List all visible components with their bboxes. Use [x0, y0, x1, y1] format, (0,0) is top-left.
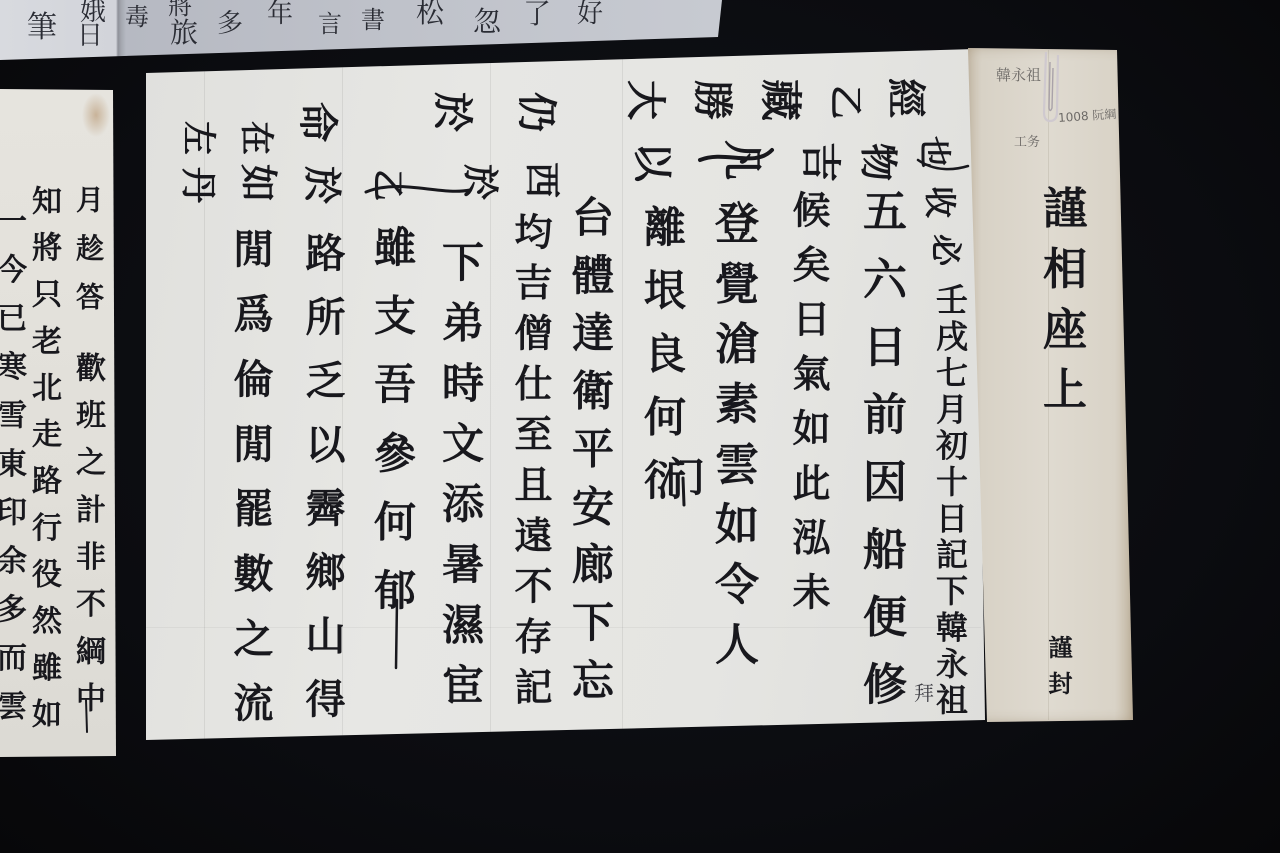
letter-column: 台體達衛平安廊下忘 — [569, 195, 611, 700]
letter-column: 均吉僧仕至且遠不存記 — [511, 212, 549, 705]
strip-char: 言 — [318, 12, 342, 36]
strip-char: 書 — [361, 8, 385, 32]
margin-char: 吉 — [800, 142, 840, 182]
margin-char: 於 — [303, 166, 341, 204]
margin-char: 於 — [432, 92, 472, 132]
margin-char: 西 — [524, 162, 560, 198]
strip-char: 松 — [416, 0, 444, 27]
left-letter-column: 歡班之計非不綱中 — [72, 352, 102, 712]
letter-column: 路所乏以霽鄉山得 — [302, 232, 342, 718]
margin-char: 在 — [239, 121, 273, 155]
strip-char: 日 — [77, 23, 103, 49]
margin-char: 藏 — [759, 79, 801, 121]
left-letter-column: 月趁答 — [74, 185, 102, 310]
margin-char: 仍 — [516, 92, 556, 132]
margin-char: 丹 — [180, 167, 216, 203]
margin-char: 必 — [930, 234, 962, 266]
left-letter-column: 知將只老北走路行役然雖如 — [28, 185, 58, 728]
margin-char: 物 — [859, 143, 897, 181]
letter-column: 下弟時文添暑濕宦 — [439, 240, 481, 705]
letter-column: 雖支吾參何郁 — [371, 225, 413, 610]
strip-char: 好 — [577, 1, 603, 27]
margin-char: 勝 — [692, 80, 732, 120]
margin-char: 經 — [885, 78, 925, 118]
strip-char: 年 — [267, 1, 293, 27]
margin-char: 乙 — [372, 169, 404, 201]
pencil-note-name: 韓永祖 — [996, 68, 1041, 83]
letter-column: 五六日前因船便修 — [858, 188, 902, 705]
pencil-note-category: 工务 — [1014, 136, 1040, 149]
margin-char: 乙 — [828, 85, 862, 119]
margin-char: 左 — [181, 121, 215, 155]
margin-char: 凡 — [722, 140, 762, 180]
letter-column: 登覺滄素雲如令人 — [710, 200, 754, 665]
strip-char: 筆 — [27, 13, 57, 43]
strip-char: 了 — [523, 0, 551, 28]
margin-char: 大 — [625, 80, 665, 120]
strip-char: 多 — [217, 11, 243, 37]
date-signature-column: 壬戌七月初十日記下韓永祖 — [934, 283, 966, 715]
margin-char: 命 — [297, 102, 337, 142]
margin-char: 以 — [632, 142, 672, 182]
left-letter-column: 一今已寒雪東印余多而雲 — [0, 205, 23, 720]
strip-char: 毒 — [125, 5, 149, 29]
small-note-bai: 拜 — [914, 683, 934, 703]
margin-char: 也 — [919, 136, 951, 168]
letter-column: 閒爲倫閒罷數之流 — [230, 228, 270, 722]
margin-char: 收 — [924, 186, 956, 218]
envelope-address: 謹相座上 — [1038, 185, 1082, 410]
letter-column: 候矣日氣如此泓未 — [789, 190, 827, 610]
paper-fold-line — [490, 57, 491, 740]
paper-fold-line — [622, 55, 623, 735]
envelope-seal-text: 謹封 — [1046, 635, 1070, 695]
margin-char: 如 — [239, 164, 277, 202]
margin-char: 於 — [462, 164, 498, 200]
strip-char: 忽 — [473, 8, 501, 36]
strip-char: 旅 — [170, 19, 198, 47]
small-note-men: 门 — [665, 458, 705, 498]
photo-stage: 筆 娥 日 毒 將 旅 多 年 言 書 松 忽 了 好 月趁答 歡班之計非不綱中… — [0, 0, 1280, 853]
